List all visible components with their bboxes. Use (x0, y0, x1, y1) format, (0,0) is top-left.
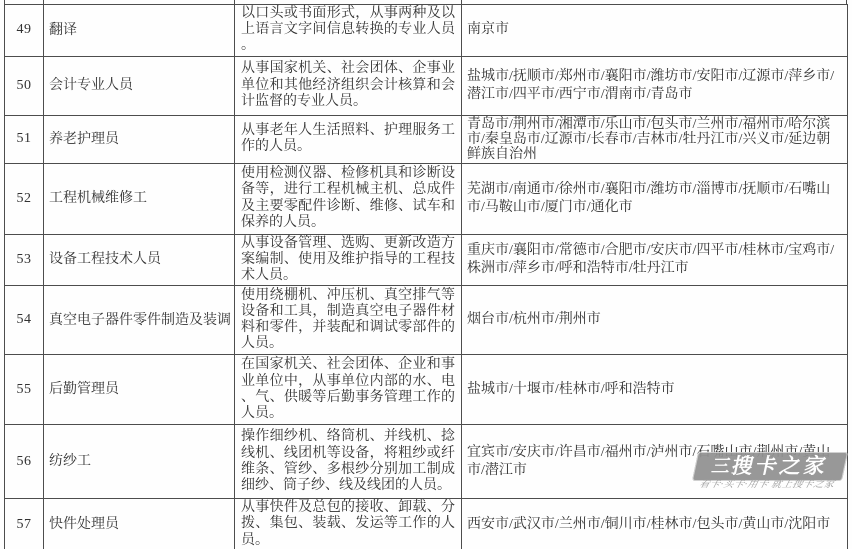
job-description: 从事设备管理、选购、更新改造方案编制、使用及维护指导的工程技术人员。 (235, 234, 462, 286)
table-row: 57 快件处理员 从事快件及总包的接收、卸载、分拨、集包、装载、发运等工作的人员… (5, 499, 848, 549)
row-number: 55 (5, 355, 44, 425)
job-description: 使用检测仪器、检修机具和诊断设备等，进行工程机械主机、总成件及主要零配件诊断、维… (235, 163, 462, 234)
table-row: 49 翻译 以口头或书面形式，从事两种及以上语言文字间信息转换的专业人员。 南京… (5, 5, 848, 57)
occupation-name: 工程机械维修工 (44, 163, 235, 234)
job-description: 以口头或书面形式，从事两种及以上语言文字间信息转换的专业人员。 (235, 5, 462, 57)
pilot-cities: 烟台市/杭州市/荆州市 (462, 286, 848, 355)
occupation-name: 快件处理员 (44, 499, 235, 549)
row-number: 52 (5, 163, 44, 234)
row-number: 56 (5, 425, 44, 499)
watermark-dash-icon: 三 (710, 458, 730, 476)
watermark-logo-text: 搜卡之家 (730, 456, 830, 477)
table-row: 52 工程机械维修工 使用检测仪器、检修机具和诊断设备等，进行工程机械主机、总成… (5, 163, 848, 234)
row-number: 51 (5, 115, 44, 163)
table-row: 55 后勤管理员 在国家机关、社会团体、企业和事业单位中，从事单位内部的水、电、… (5, 355, 848, 425)
row-number: 50 (5, 56, 44, 115)
row-number: 54 (5, 286, 44, 355)
table-row: 51 养老护理员 从事老年人生活照料、护理服务工作的人员。 青岛市/荆州市/湘潭… (5, 115, 848, 163)
row-number: 53 (5, 234, 44, 286)
table-row: 50 会计专业人员 从事国家机关、社会团体、企事业单位和其他经济组织会计核算和会… (5, 56, 848, 115)
pilot-cities: 南京市 (462, 5, 848, 57)
watermark-tagline: 看卡·买卡·用卡 就上搜卡之家 (698, 475, 852, 490)
job-description: 从事老年人生活照料、护理服务工作的人员。 (235, 115, 462, 163)
occupation-name: 翻译 (44, 5, 235, 57)
pilot-cities: 青岛市/荆州市/湘潭市/乐山市/包头市/兰州市/福州市/哈尔滨市/秦皇岛市/辽源… (462, 115, 848, 163)
occupation-name: 纺纱工 (44, 425, 235, 499)
table-row: 54 真空电子器件零件制造及装调 使用绕棚机、冲压机、真空排气等设备和工具，制造… (5, 286, 848, 355)
job-description: 在国家机关、社会团体、企业和事业单位中，从事单位内部的水、电、气、供暖等后勤事务… (235, 355, 462, 425)
occupation-name: 养老护理员 (44, 115, 235, 163)
pilot-cities: 西安市/武汉市/兰州市/铜川市/桂林市/包头市/黄山市/沈阳市 (462, 499, 848, 549)
occupation-name: 后勤管理员 (44, 355, 235, 425)
occupation-name: 设备工程技术人员 (44, 234, 235, 286)
job-description: 使用绕棚机、冲压机、真空排气等设备和工具，制造真空电子器件材料和零件，并装配和调… (235, 286, 462, 355)
occupation-name: 会计专业人员 (44, 56, 235, 115)
job-description: 操作细纱机、络筒机、并线机、捻线机、线团机等设备，将粗纱或纤维条、管纱、多根纱分… (235, 425, 462, 499)
pilot-cities: 盐城市/十堰市/桂林市/呼和浩特市 (462, 355, 848, 425)
occupation-name: 真空电子器件零件制造及装调 (44, 286, 235, 355)
job-description: 从事国家机关、社会团体、企事业单位和其他经济组织会计核算和会计监督的专业人员。 (235, 56, 462, 115)
pilot-cities: 盐城市/抚顺市/郑州市/襄阳市/潍坊市/安阳市/辽源市/萍乡市/潜江市/四平市/… (462, 56, 848, 115)
row-number: 49 (5, 5, 44, 57)
job-description: 从事快件及总包的接收、卸载、分拨、集包、装载、发运等工作的人员。 (235, 499, 462, 549)
pilot-cities: 芜湖市/南通市/徐州市/襄阳市/潍坊市/淄博市/抚顺市/石嘴山市/马鞍山市/厦门… (462, 163, 848, 234)
table-row: 53 设备工程技术人员 从事设备管理、选购、更新改造方案编制、使用及维护指导的工… (5, 234, 848, 286)
document-page: 49 翻译 以口头或书面形式，从事两种及以上语言文字间信息转换的专业人员。 南京… (0, 0, 852, 549)
row-number: 57 (5, 499, 44, 549)
pilot-cities: 重庆市/襄阳市/常德市/合肥市/安庆市/四平市/桂林市/宝鸡市/株洲市/萍乡市/… (462, 234, 848, 286)
